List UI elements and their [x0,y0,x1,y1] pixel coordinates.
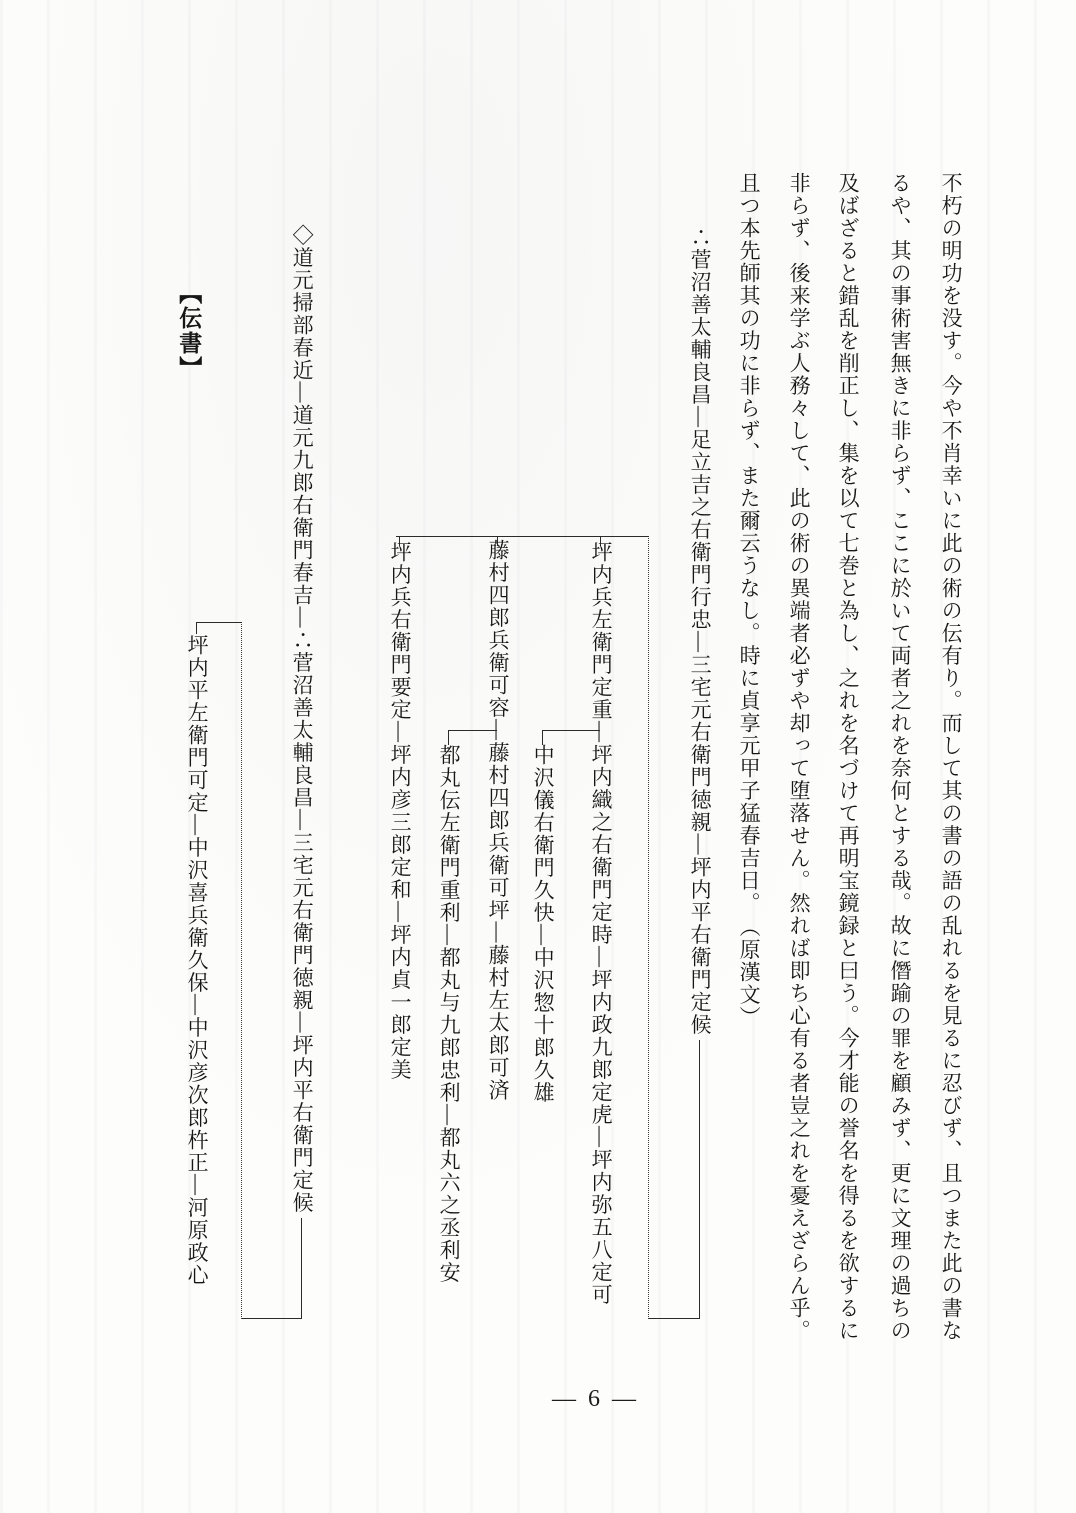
lineage1-subbranch-stub [448,730,449,745]
body-text-column: るや、其の事術害無きに非らず、ここに於いて両者之れを奈何とする哉。故に僭踰の罪を… [888,172,911,1342]
lineage2-bottom-connector-line [241,1318,302,1319]
lineage1-subbranch-line [448,730,497,731]
body-text-column: 及ばざると錯乱を削正し、集を以て七巻と為し、之れを名づけて再明宝鏡録と曰う。今才… [836,172,859,1342]
lineage1-bottom-connector-line [648,1318,700,1319]
document-page: 不朽の明功を没す。今や不肖幸いに此の術の伝有り。而して其の書の語の乱れるを見るに… [0,0,1076,1513]
lineage1-dotted-return-line [648,536,649,1319]
lineage1-branch-column: 坪内兵右衛門要定―坪内彦三郎定和―坪内貞一郎定美 [388,541,411,1081]
body-text-column: 非らず、後来学ぶ人務々して、此の術の異端者必ずや却って堕落せん。然れば即ち心有る… [787,172,810,1342]
lineage1-subbranch-stub [542,730,543,745]
lineage1-subbranch-line [542,730,600,731]
lineage1-root-descender-line [699,1040,700,1319]
lineage1-branch-column: 都丸伝左衛門重利―都丸与九郎忠利―都丸六之丞利安 [437,744,460,1284]
body-text-column: 不朽の明功を没す。今や不肖幸いに此の術の伝有り。而して其の書の語の乱れるを見るに… [939,172,962,1342]
lineage2-branch-top-line [196,622,242,623]
lineage1-branch-column: 坪内兵左衛門定重―坪内織之右衛門定時―坪内政九郎定虎―坪内弥五八定可 [589,541,612,1306]
lineage2-branch-stub [196,622,197,634]
body-text-column: 且つ本先師其の功に非らず、また爾云うなし。時に貞享元甲子猛春吉日。 （原漢文） [737,172,760,1029]
lineage2-dotted-return-line [241,622,242,1319]
lineage2-root-descender-line [301,1218,302,1319]
lineage1-root-column: ∴菅沼善太輔良昌―足立吉之右衛門行忠―三宅元右衛門徳親―坪内平右衛門定候 [688,226,711,1036]
lineage1-branch-column: 中沢儀右衛門久快―中沢惣十郎久雄 [531,744,554,1104]
lineage2-branch-column: 坪内平左衛門可定―中沢喜兵衛久保―中沢彦次郎杵正―河原政心 [185,634,208,1287]
lineage1-branch-top-line [396,536,649,537]
lineage1-branch-column: 藤村四郎兵衛可容―藤村四郎兵衛可坪―藤村左太郎可済 [486,539,509,1102]
page-number: ― 6 ― [552,1386,639,1413]
lineage2-root-column: ◇道元掃部春近―道元九郎右衛門春吉―∴菅沼善太輔良昌―三宅元右衛門徳親―坪内平右… [290,224,313,1214]
section-header-densho: 【伝書】 [176,281,201,381]
